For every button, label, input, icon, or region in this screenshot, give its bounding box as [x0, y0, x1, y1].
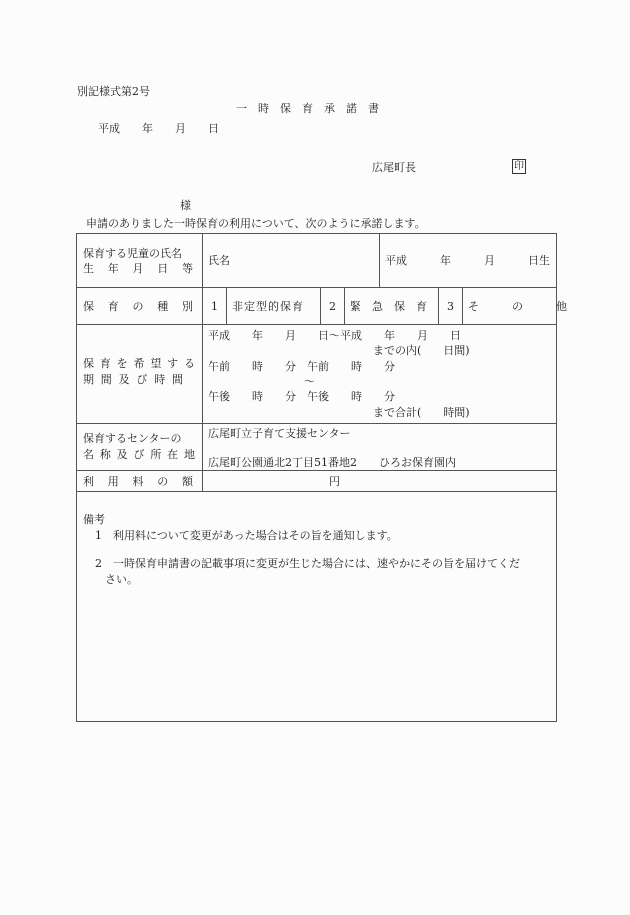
fee-amount-field[interactable]: 円 — [329, 476, 340, 487]
label-char: 額 — [182, 476, 193, 487]
label-char: を — [117, 358, 128, 369]
addressee-suffix: 様 — [180, 200, 191, 211]
label-char: 在 — [167, 449, 178, 460]
form-number: 別記様式第2号 — [77, 86, 150, 97]
child-label-line1: 保育する児童の氏名 — [83, 248, 182, 259]
fee-label: 利 用 料 の 額 — [83, 476, 193, 487]
period-am-time[interactable]: 午前 時 分 午前 時 分 — [208, 361, 395, 372]
label-char: 年 — [108, 263, 119, 274]
row-divider — [77, 423, 556, 424]
center-name: 広尾町立子育て支援センター — [208, 428, 351, 439]
label-char: 保 — [83, 301, 94, 312]
period-label-line1: 保 育 を 希 望 す る — [83, 358, 195, 369]
label-char: る — [184, 358, 195, 369]
label-char: 育 — [108, 301, 119, 312]
center-label-line1: 保育するセンターの — [83, 433, 182, 444]
row-divider — [77, 491, 556, 492]
label-char: 及 — [117, 449, 128, 460]
label-char: 利 — [83, 476, 94, 487]
remark-item-2-cont: さい。 — [105, 574, 138, 585]
center-address: 広尾町公園通北2丁目51番地2 ひろお保育園内 — [208, 457, 456, 468]
type-label: 保 育 の 種 別 — [83, 301, 193, 312]
label-char: 地 — [184, 449, 195, 460]
column-divider — [379, 234, 380, 287]
remark-item-1: 1 利用料について変更があった場合はその旨を通知します。 — [95, 530, 398, 541]
label-char: 及 — [119, 374, 130, 385]
center-label-line2: 名 称 及 び 所 在 地 — [83, 449, 195, 460]
type-option-3-label[interactable]: そ の 他 — [468, 301, 567, 312]
column-divider — [320, 287, 321, 324]
period-pm-time[interactable]: 午後 時 分 午後 時 分 — [208, 391, 395, 402]
label-char: 月 — [133, 263, 144, 274]
row-divider — [77, 470, 556, 471]
label-char: 希 — [133, 358, 144, 369]
child-name-field[interactable]: 氏名 — [208, 255, 230, 266]
label-char: 日 — [157, 263, 168, 274]
label-char: 所 — [150, 449, 161, 460]
type-option-2-label[interactable]: 緊 急 保 育 — [350, 301, 427, 312]
period-total-hours[interactable]: まで合計( 時間) — [373, 407, 470, 418]
label-char: の — [157, 476, 168, 487]
remark-item-2: 2 一時保育申請書の記載事項に変更が生じた場合には、速やかにその旨を届けてくだ — [95, 558, 520, 569]
label-char: 時 — [154, 374, 165, 385]
row-divider — [77, 324, 556, 325]
remarks-heading: 備考 — [83, 514, 105, 525]
label-char: す — [167, 358, 178, 369]
column-divider — [462, 287, 463, 324]
type-option-3-number[interactable]: 3 — [447, 301, 454, 312]
label-char: 期 — [83, 374, 94, 385]
seal-icon: 印 — [512, 159, 526, 174]
child-birthdate-field[interactable]: 平成 年 月 日生 — [385, 255, 550, 266]
label-char: 名 — [83, 449, 94, 460]
label-char: 等 — [182, 263, 193, 274]
label-char: 用 — [108, 476, 119, 487]
label-char: び — [136, 374, 147, 385]
type-option-1-number[interactable]: 1 — [211, 301, 218, 312]
label-char: び — [133, 449, 144, 460]
lead-text: 申請のありました一時保育の利用について、次のように承諾します。 — [86, 218, 426, 229]
label-char: 料 — [133, 476, 144, 487]
period-date-range[interactable]: 平成 年 月 日～平成 年 月 日 — [208, 330, 461, 341]
child-label-line2: 生 年 月 日 等 — [83, 263, 193, 274]
period-days[interactable]: までの内( 日間) — [373, 345, 470, 356]
column-divider — [438, 287, 439, 324]
label-char: 生 — [83, 263, 94, 274]
label-char: の — [133, 301, 144, 312]
period-label-line2: 期 間 及 び 時 間 — [83, 374, 183, 385]
period-tilde: ～ — [304, 376, 315, 387]
label-char: 間 — [172, 374, 183, 385]
label-char: 別 — [182, 301, 193, 312]
label-char: 間 — [101, 374, 112, 385]
issuer-name: 広尾町長 — [372, 162, 416, 173]
column-divider — [344, 287, 345, 324]
label-char: 種 — [157, 301, 168, 312]
column-divider — [202, 234, 203, 491]
approval-table: 保育する児童の氏名 生 年 月 日 等 氏名 平成 年 月 日生 保 育 の 種… — [76, 233, 557, 722]
type-option-1-label[interactable]: 非定型的保育 — [232, 301, 304, 312]
label-char: 保 — [83, 358, 94, 369]
document-title: 一 時 保 育 承 諾 書 — [236, 103, 379, 114]
issue-date: 平成 年 月 日 — [98, 123, 219, 134]
label-char: 望 — [150, 358, 161, 369]
column-divider — [226, 287, 227, 324]
label-char: 育 — [100, 358, 111, 369]
label-char: 称 — [100, 449, 111, 460]
type-option-2-number[interactable]: 2 — [329, 301, 336, 312]
row-divider — [77, 287, 556, 288]
